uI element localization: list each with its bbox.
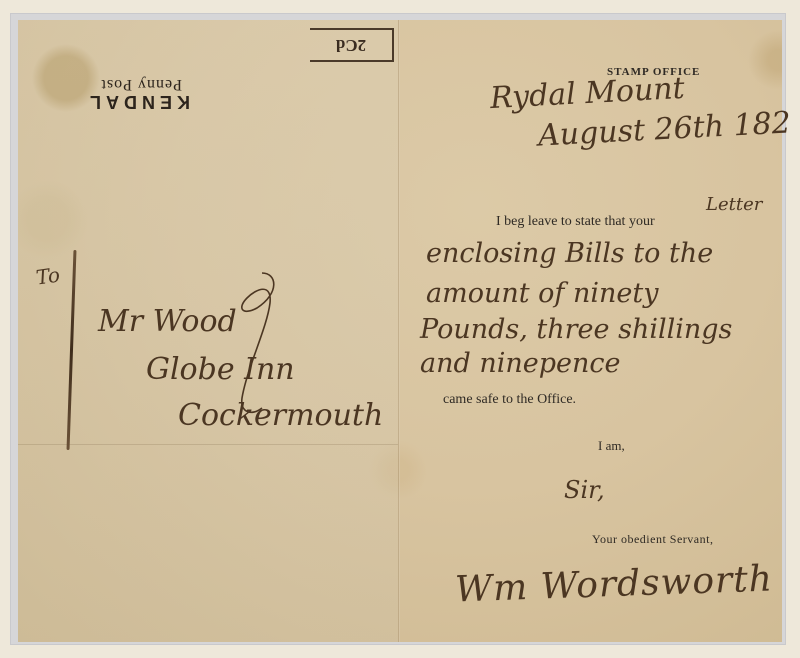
handwritten-body-line: and ninepence	[420, 348, 621, 379]
printed-closing-2: I am,	[598, 438, 625, 454]
handwritten-salutation: Sir,	[564, 476, 605, 504]
postmark-town: KENDAL	[20, 91, 190, 112]
printed-closing-3: Your obedient Servant,	[592, 532, 713, 547]
printed-intro: I beg leave to state that your	[496, 214, 655, 230]
center-fold-line	[398, 20, 400, 642]
horizontal-crease	[18, 444, 398, 445]
postmark-service: Penny Post	[20, 75, 190, 93]
kendal-postmark: KENDAL Penny Post	[20, 75, 190, 112]
to-label: To	[34, 262, 61, 289]
postage-amount: 2Cd	[336, 35, 366, 55]
printed-closing-1: came safe to the Office.	[443, 392, 576, 408]
handwritten-body-line: enclosing Bills to the	[426, 238, 713, 269]
recipient-name: Mr Wood	[98, 304, 237, 339]
pen-flourish-icon	[232, 268, 280, 418]
handwritten-body-line: amount of ninety	[426, 278, 659, 309]
handwritten-body-line: Pounds, three shillings	[420, 314, 732, 345]
handwritten-letter-word: Letter	[706, 194, 762, 215]
postage-box-stamp: 2Cd	[310, 28, 394, 62]
recipient-town: Cockermouth	[178, 398, 383, 433]
